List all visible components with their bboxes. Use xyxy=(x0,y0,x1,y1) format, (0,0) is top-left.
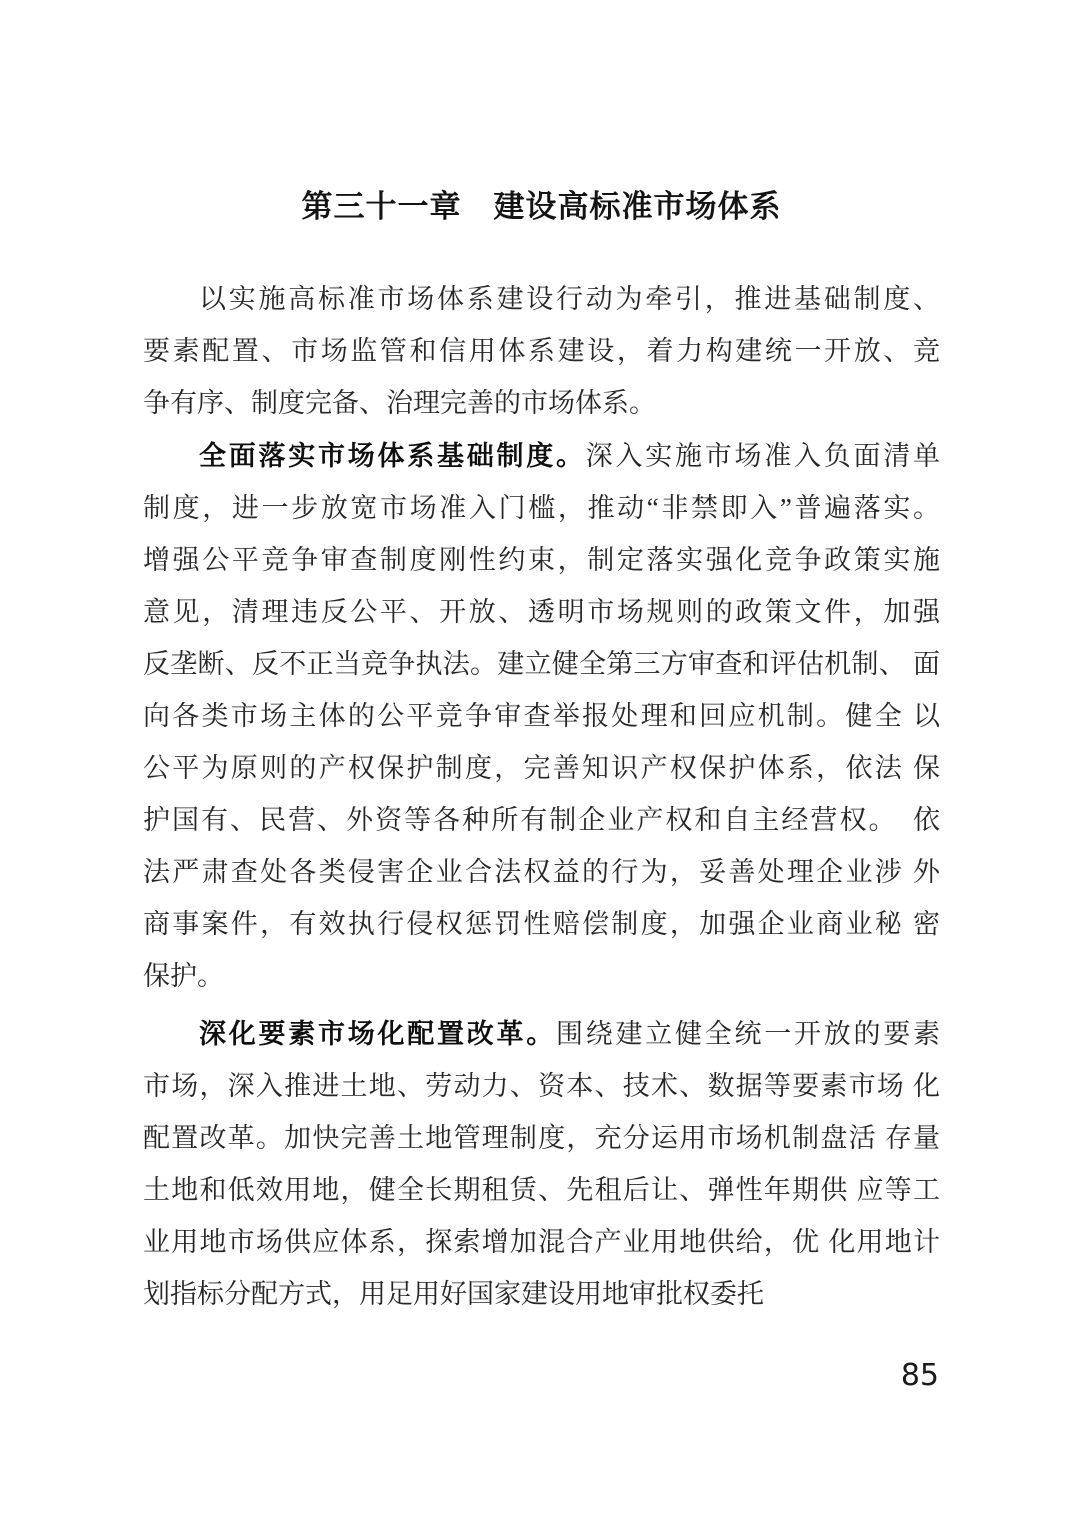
text-line: 公平为原则的产权保护制度，完善知识产权保护体系，依法 保 xyxy=(143,742,940,794)
text-line: 意见，清理违反公平、开放、透明市场规则的政策文件，加强 xyxy=(143,586,940,638)
text-line: 商事案件，有效执行侵权惩罚性赔偿制度，加强企业商业秘 密 xyxy=(143,898,940,950)
text-line: 要素配置、市场监管和信用体系建设，着力构建统一开放、竞 xyxy=(143,325,940,377)
text-line: 配置改革。加快完善土地管理制度，充分运用市场机制盘活 存量 xyxy=(143,1112,940,1164)
text-line: 保护。 xyxy=(143,950,940,1002)
text-line: 市场，深入推进土地、劳动力、资本、技术、数据等要素市场 化 xyxy=(143,1060,940,1112)
text-line: 以实施高标准市场体系建设行动为牵引，推进基础制度、 xyxy=(143,273,940,325)
text-line: 增强公平竞争审查制度刚性约束，制定落实强化竞争政策实施 xyxy=(143,534,940,586)
chapter-title: 第三十一章 建设高标准市场体系 xyxy=(143,0,940,232)
text-line: 业用地市场供应体系，探索增加混合产业用地供给，优 化用地计 xyxy=(143,1216,940,1268)
text-line: 争有序、制度完备、治理完善的市场体系。 xyxy=(143,377,940,429)
text-line: 深化要素市场化配置改革。围绕建立健全统一开放的要素 xyxy=(143,1008,940,1060)
paragraph-market-system-foundation: 全面落实市场体系基础制度。深入实施市场准入负面清单 制度，进一步放宽市场准入门槛… xyxy=(143,430,940,1002)
text-line: 制度，进一步放宽市场准入门槛，推动“非禁即入”普遍落实。 xyxy=(143,482,940,534)
text-run: 深入实施市场准入负面清单 xyxy=(586,441,940,471)
text-line: 土地和低效用地，健全长期租赁、先租后让、弹性年期供 应等工 xyxy=(143,1164,940,1216)
document-page: 第三十一章 建设高标准市场体系 以实施高标准市场体系建设行动为牵引，推进基础制度… xyxy=(0,0,1080,1527)
paragraph-factor-market-reform: 深化要素市场化配置改革。围绕建立健全统一开放的要素 市场，深入推进土地、劳动力、… xyxy=(143,1008,940,1320)
bold-lead-sentence: 深化要素市场化配置改革。 xyxy=(199,1019,556,1049)
bold-lead-sentence: 全面落实市场体系基础制度。 xyxy=(199,441,586,471)
text-line: 反垄断、反不正当竞争执法。建立健全第三方审查和评估机制、 面 xyxy=(143,638,940,690)
text-line: 划指标分配方式，用足用好国家建设用地审批权委托 xyxy=(143,1268,940,1320)
text-line: 法严肃查处各类侵害企业合法权益的行为，妥善处理企业涉 外 xyxy=(143,846,940,898)
paragraph-intro: 以实施高标准市场体系建设行动为牵引，推进基础制度、 要素配置、市场监管和信用体系… xyxy=(143,273,940,429)
text-run: 围绕建立健全统一开放的要素 xyxy=(556,1019,940,1049)
text-line: 向各类市场主体的公平竞争审查举报处理和回应机制。健全 以 xyxy=(143,690,940,742)
page-number: 85 xyxy=(901,1360,939,1392)
text-line: 全面落实市场体系基础制度。深入实施市场准入负面清单 xyxy=(143,430,940,482)
page-content: 第三十一章 建设高标准市场体系 以实施高标准市场体系建设行动为牵引，推进基础制度… xyxy=(143,0,940,1320)
text-line: 护国有、民营、外资等各种所有制企业产权和自主经营权。 依 xyxy=(143,794,940,846)
